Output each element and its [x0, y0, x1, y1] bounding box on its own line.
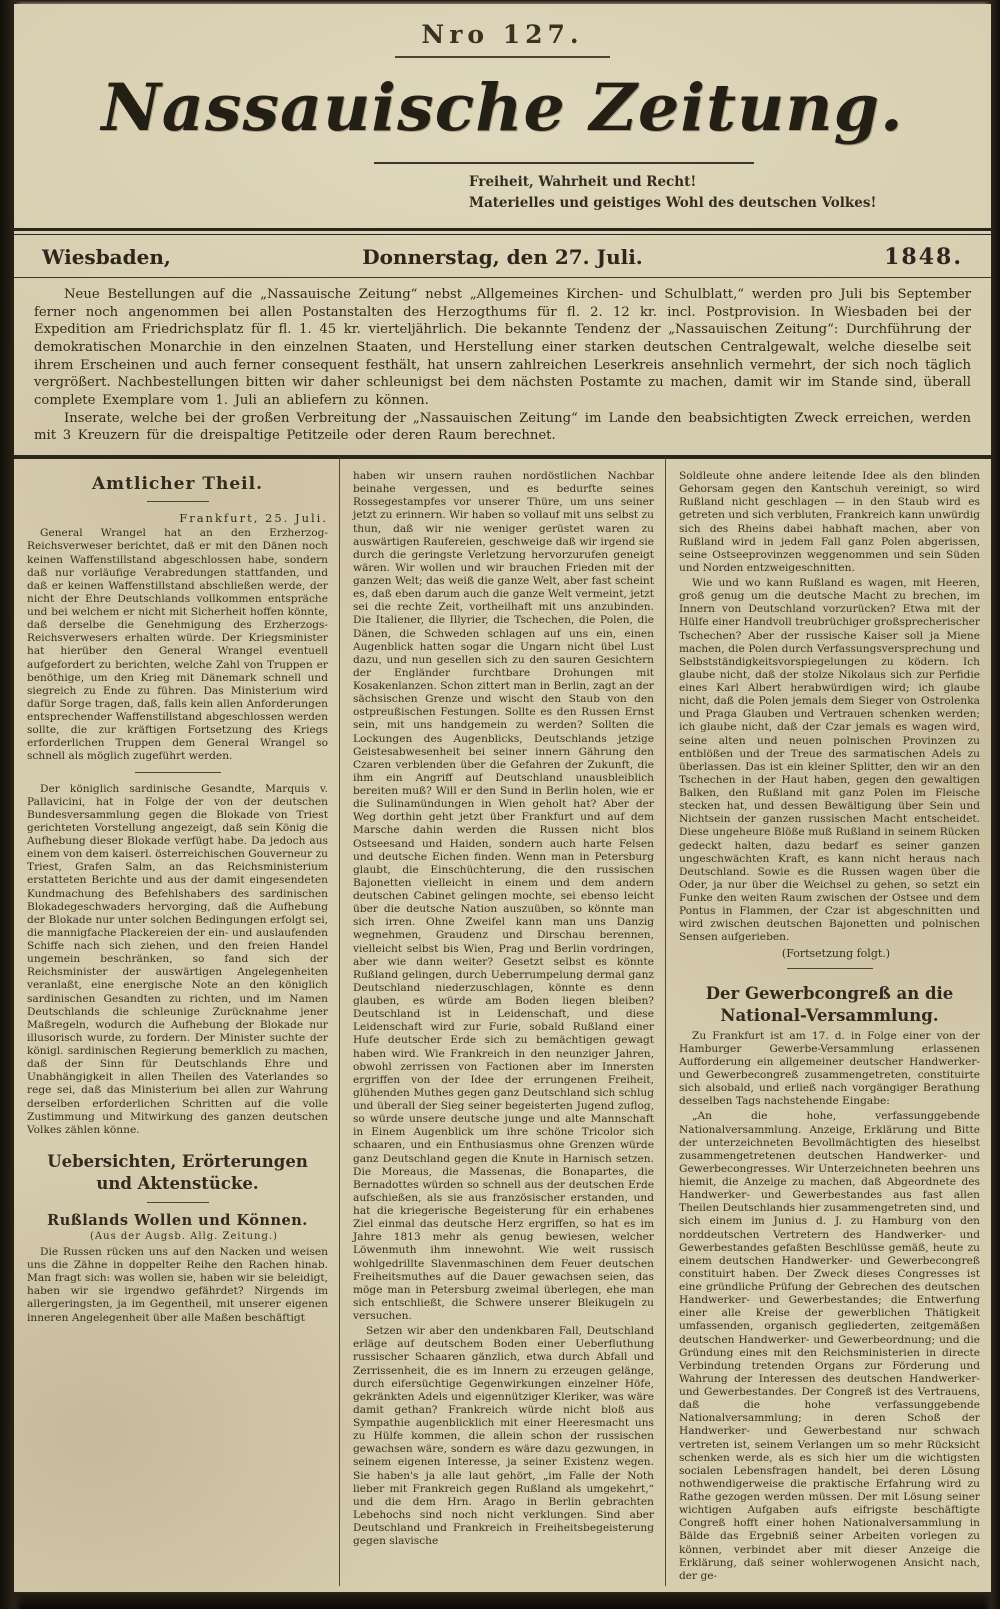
article-paragraph: Soldleute ohne andere leitende Idee als … — [679, 470, 980, 575]
section-rule — [147, 501, 209, 502]
source-note: (Aus der Augsb. Allg. Zeitung.) — [27, 1231, 328, 1243]
section-heading-amtlicher-theil: Amtlicher Theil. — [27, 474, 328, 495]
issue-number: Nro 127. — [14, 20, 991, 49]
continuation-note: (Fortsetzung folgt.) — [679, 947, 980, 961]
article-divider-rule — [787, 968, 873, 969]
motto: Freiheit, Wahrheit und Recht! Materielle… — [469, 172, 991, 214]
motto-line-2: Materielles und geistiges Wohl des deuts… — [469, 193, 991, 214]
body-columns: Amtlicher Theil. Frankfurt, 25. Juli. Ge… — [14, 455, 991, 1586]
article-paragraph: Die Russen rücken uns auf den Nacken und… — [27, 1246, 328, 1325]
article-paragraph: haben wir unsern rauhen nordöstlichen Na… — [353, 470, 654, 1323]
masthead-rule — [374, 162, 754, 164]
dateline-bar: Wiesbaden, Donnerstag, den 27. Juli. 184… — [14, 235, 991, 277]
article-heading-gewerbcongress: Der Gewerbcongreß an die National-Versam… — [679, 983, 980, 1028]
article-paragraph: „An die hohe, verfassunggebende National… — [679, 1110, 980, 1583]
article-paragraph: Der königlich sardinische Gesandte, Marq… — [27, 783, 328, 1137]
paragraph-divider-rule — [135, 772, 221, 773]
dateline-year: 1848. — [663, 244, 963, 270]
header-divider-rule — [14, 228, 991, 235]
dateline-place: Wiesbaden, — [42, 245, 342, 269]
issue-number-rule — [395, 56, 610, 58]
newspaper-title: Nassauische Zeitung. — [14, 70, 991, 146]
notice-paragraph-1: Neue Bestellungen auf die „Nassauische Z… — [34, 286, 971, 410]
article-paragraph: Wie und wo kann Rußland es wagen, mit He… — [679, 577, 980, 945]
notice-paragraph-2: Inserate, welche bei der großen Verbreit… — [34, 410, 971, 445]
section-rule — [147, 1202, 209, 1203]
column-right: Soldleute ohne andere leitende Idee als … — [665, 458, 991, 1586]
newspaper-scan: Nro 127. Nassauische Zeitung. Freiheit, … — [0, 0, 1000, 1609]
article-paragraph: Setzen wir aber den undenkbaren Fall, De… — [353, 1325, 654, 1548]
column-left: Amtlicher Theil. Frankfurt, 25. Juli. Ge… — [14, 458, 339, 1586]
article-dateline-frankfurt: Frankfurt, 25. Juli. — [27, 511, 328, 525]
subscription-notice: Neue Bestellungen auf die „Nassauische Z… — [14, 278, 991, 455]
dateline-date: Donnerstag, den 27. Juli. — [342, 245, 663, 269]
section-heading-uebersichten: Uebersichten, Erörterungen und Aktenstüc… — [27, 1151, 328, 1196]
article-heading-russlands-wollen: Rußlands Wollen und Können. — [27, 1212, 328, 1230]
newspaper-page: Nro 127. Nassauische Zeitung. Freiheit, … — [14, 4, 991, 1592]
motto-line-1: Freiheit, Wahrheit und Recht! — [469, 172, 991, 193]
article-paragraph: General Wrangel hat an den Erzherzog-Rei… — [27, 527, 328, 763]
column-center: haben wir unsern rauhen nordöstlichen Na… — [339, 458, 665, 1586]
article-paragraph: Zu Frankfurt ist am 17. d. in Folge eine… — [679, 1030, 980, 1109]
